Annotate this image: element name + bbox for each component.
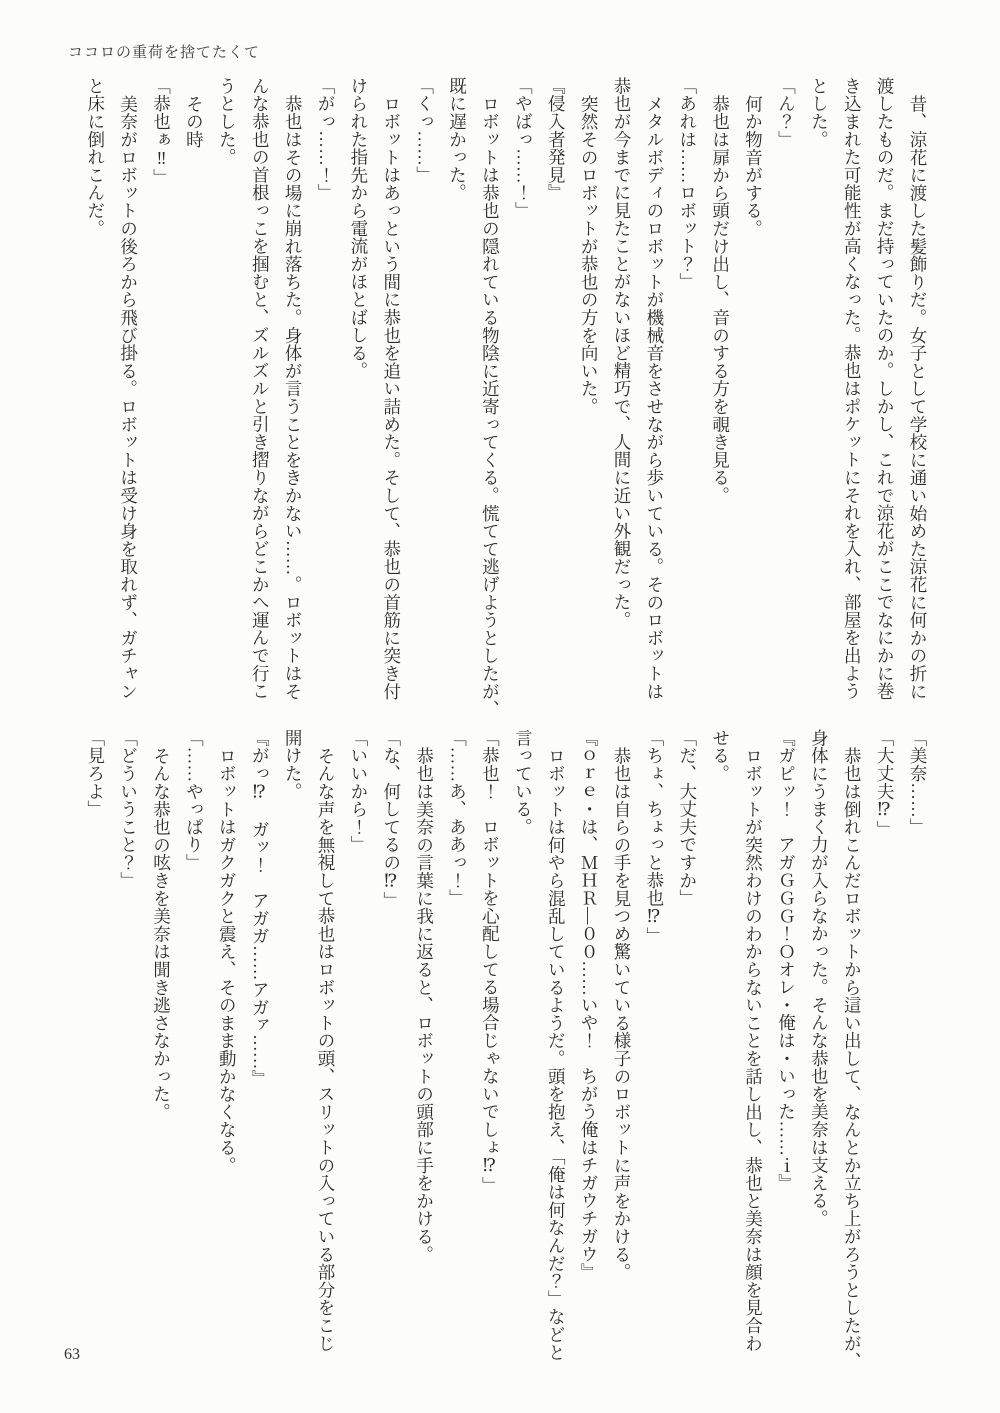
text-column: 渡したものだ。まだ持っていたのか。しかし、これで涼花がここでなにかに巻 xyxy=(876,77,894,737)
text-column: 身体にうまく力が入らなかった。そんな恭也を美奈は支える。 xyxy=(810,729,828,1389)
text-column: んな恭也の首根っこを掴むと、ズルズルと引き摺りながらどこかへ運んで行こ xyxy=(251,77,269,737)
running-header: ココロの重荷を捨てたくて xyxy=(68,41,260,62)
text-column: とした。 xyxy=(810,77,828,737)
text-column: けられた指先から電流がほとばしる。 xyxy=(349,77,367,737)
text-column: その時 xyxy=(185,77,203,737)
text-column: 「がっ……！」 xyxy=(316,77,334,737)
text-column: ロボットは何やら混乱しているようだ。頭を抱え、「俺は何なんだ？」などと xyxy=(547,729,565,1389)
text-column: そんな声を無視して恭也はロボットの頭、スリットの入っている部分をこじ xyxy=(316,729,334,1389)
text-column: 「いいから！」 xyxy=(349,729,367,1389)
text-column: 『ｏｒｅ・は、ＭＨＲ―００……いや！ ちがう俺はチガウチガウ』 xyxy=(580,729,598,1389)
text-column: 既に遅かった。 xyxy=(448,77,466,737)
text-column: せる。 xyxy=(711,729,729,1389)
text-column: ロボットが突然わけのわからないことを話し出し、恭也と美奈は顔を見合わ xyxy=(744,729,762,1389)
text-column: 「あれは……ロボット？」 xyxy=(678,77,696,737)
text-column: 「美奈……」 xyxy=(909,729,927,1389)
text-column: 突然そのロボットが恭也の方を向いた。 xyxy=(580,77,598,737)
text-column: 「ん？」 xyxy=(777,77,795,737)
text-column: 「見ろよ」 xyxy=(86,729,104,1389)
text-column: メタルボディのロボットが機械音をさせながら歩いている。そのロボットは xyxy=(645,77,663,737)
text-column: ロボットはガクガクと震え、そのまま動かなくなる。 xyxy=(218,729,236,1389)
text-column: 「どういうこと？」 xyxy=(119,729,137,1389)
text-block-bottom: 「美奈……」「大丈夫⁉」恭也は倒れこんだロボットから這い出して、なんとか立ち上が… xyxy=(71,729,926,1389)
text-column: 「恭也ぁ‼」 xyxy=(152,77,170,737)
text-column: 「な、何してるの⁉」 xyxy=(382,729,400,1389)
text-column: 恭也が今までに見たことがないほど精巧で、人間に近い外観だった。 xyxy=(612,77,630,737)
text-column: うとした。 xyxy=(218,77,236,737)
text-column: そんな恭也の呟きを美奈は聞き逃さなかった。 xyxy=(152,729,170,1389)
text-column: 恭也は扉から頭だけ出し、音のする方を覗き見る。 xyxy=(711,77,729,737)
text-column: 「大丈夫⁉」 xyxy=(876,729,894,1389)
text-column: 開けた。 xyxy=(284,729,302,1389)
text-column: と床に倒れこんだ。 xyxy=(86,77,104,737)
text-column: 「やばっ……！」 xyxy=(514,77,532,737)
text-column: 恭也はその場に崩れ落ちた。身体が言うことをきかない……。ロボットはそ xyxy=(284,77,302,737)
text-column: 昔、涼花に渡した髪飾りだ。女子として学校に通い始めた涼花に何かの折に xyxy=(909,77,927,737)
text-column: 『侵入者発見』 xyxy=(547,77,565,737)
text-column: 恭也は美奈の言葉に我に返ると、ロボットの頭部に手をかける。 xyxy=(415,729,433,1389)
text-column: 「……あ、ああっ！」 xyxy=(448,729,466,1389)
text-column: 「だ、大丈夫ですか」 xyxy=(678,729,696,1389)
text-column: 「くっ……」 xyxy=(415,77,433,737)
text-column: 言っている。 xyxy=(514,729,532,1389)
text-column: 「恭也！ ロボットを心配してる場合じゃないでしょ⁉」 xyxy=(481,729,499,1389)
text-column: き込まれた可能性が高くなった。恭也はポケットにそれを入れ、部屋を出よう xyxy=(843,77,861,737)
text-block-top: 昔、涼花に渡した髪飾りだ。女子として学校に通い始めた涼花に何かの折に渡したものだ… xyxy=(71,77,926,737)
page-number: 63 xyxy=(64,1346,80,1364)
text-column: 『ガピッ！ アガＧＧＧ！Ｏオレ・俺は・いった……ｉ』 xyxy=(777,729,795,1389)
text-column: 恭也は自らの手を見つめ驚いている様子のロボットに声をかける。 xyxy=(612,729,630,1389)
text-column: 美奈がロボットの後ろから飛び掛る。ロボットは受け身を取れず、ガチャン xyxy=(119,77,137,737)
text-column: ロボットはあっという間に恭也を追い詰めた。そして、恭也の首筋に突き付 xyxy=(382,77,400,737)
text-column: 『がっ⁉ ガッ！ アガガ……アガァ……』 xyxy=(251,729,269,1389)
scanned-novel-page: { "colors": { "paper": "#fcfcfb", "ink":… xyxy=(0,0,1000,1413)
text-column: ロボットは恭也の隠れている物陰に近寄ってくる。慌てて逃げようとしたが、 xyxy=(481,77,499,737)
text-column: 何か物音がする。 xyxy=(744,77,762,737)
text-column: 「ちょ、ちょっと恭也⁉」 xyxy=(645,729,663,1389)
text-column: 恭也は倒れこんだロボットから這い出して、なんとか立ち上がろうとしたが、 xyxy=(843,729,861,1389)
text-column: 「……やっぱり」 xyxy=(185,729,203,1389)
